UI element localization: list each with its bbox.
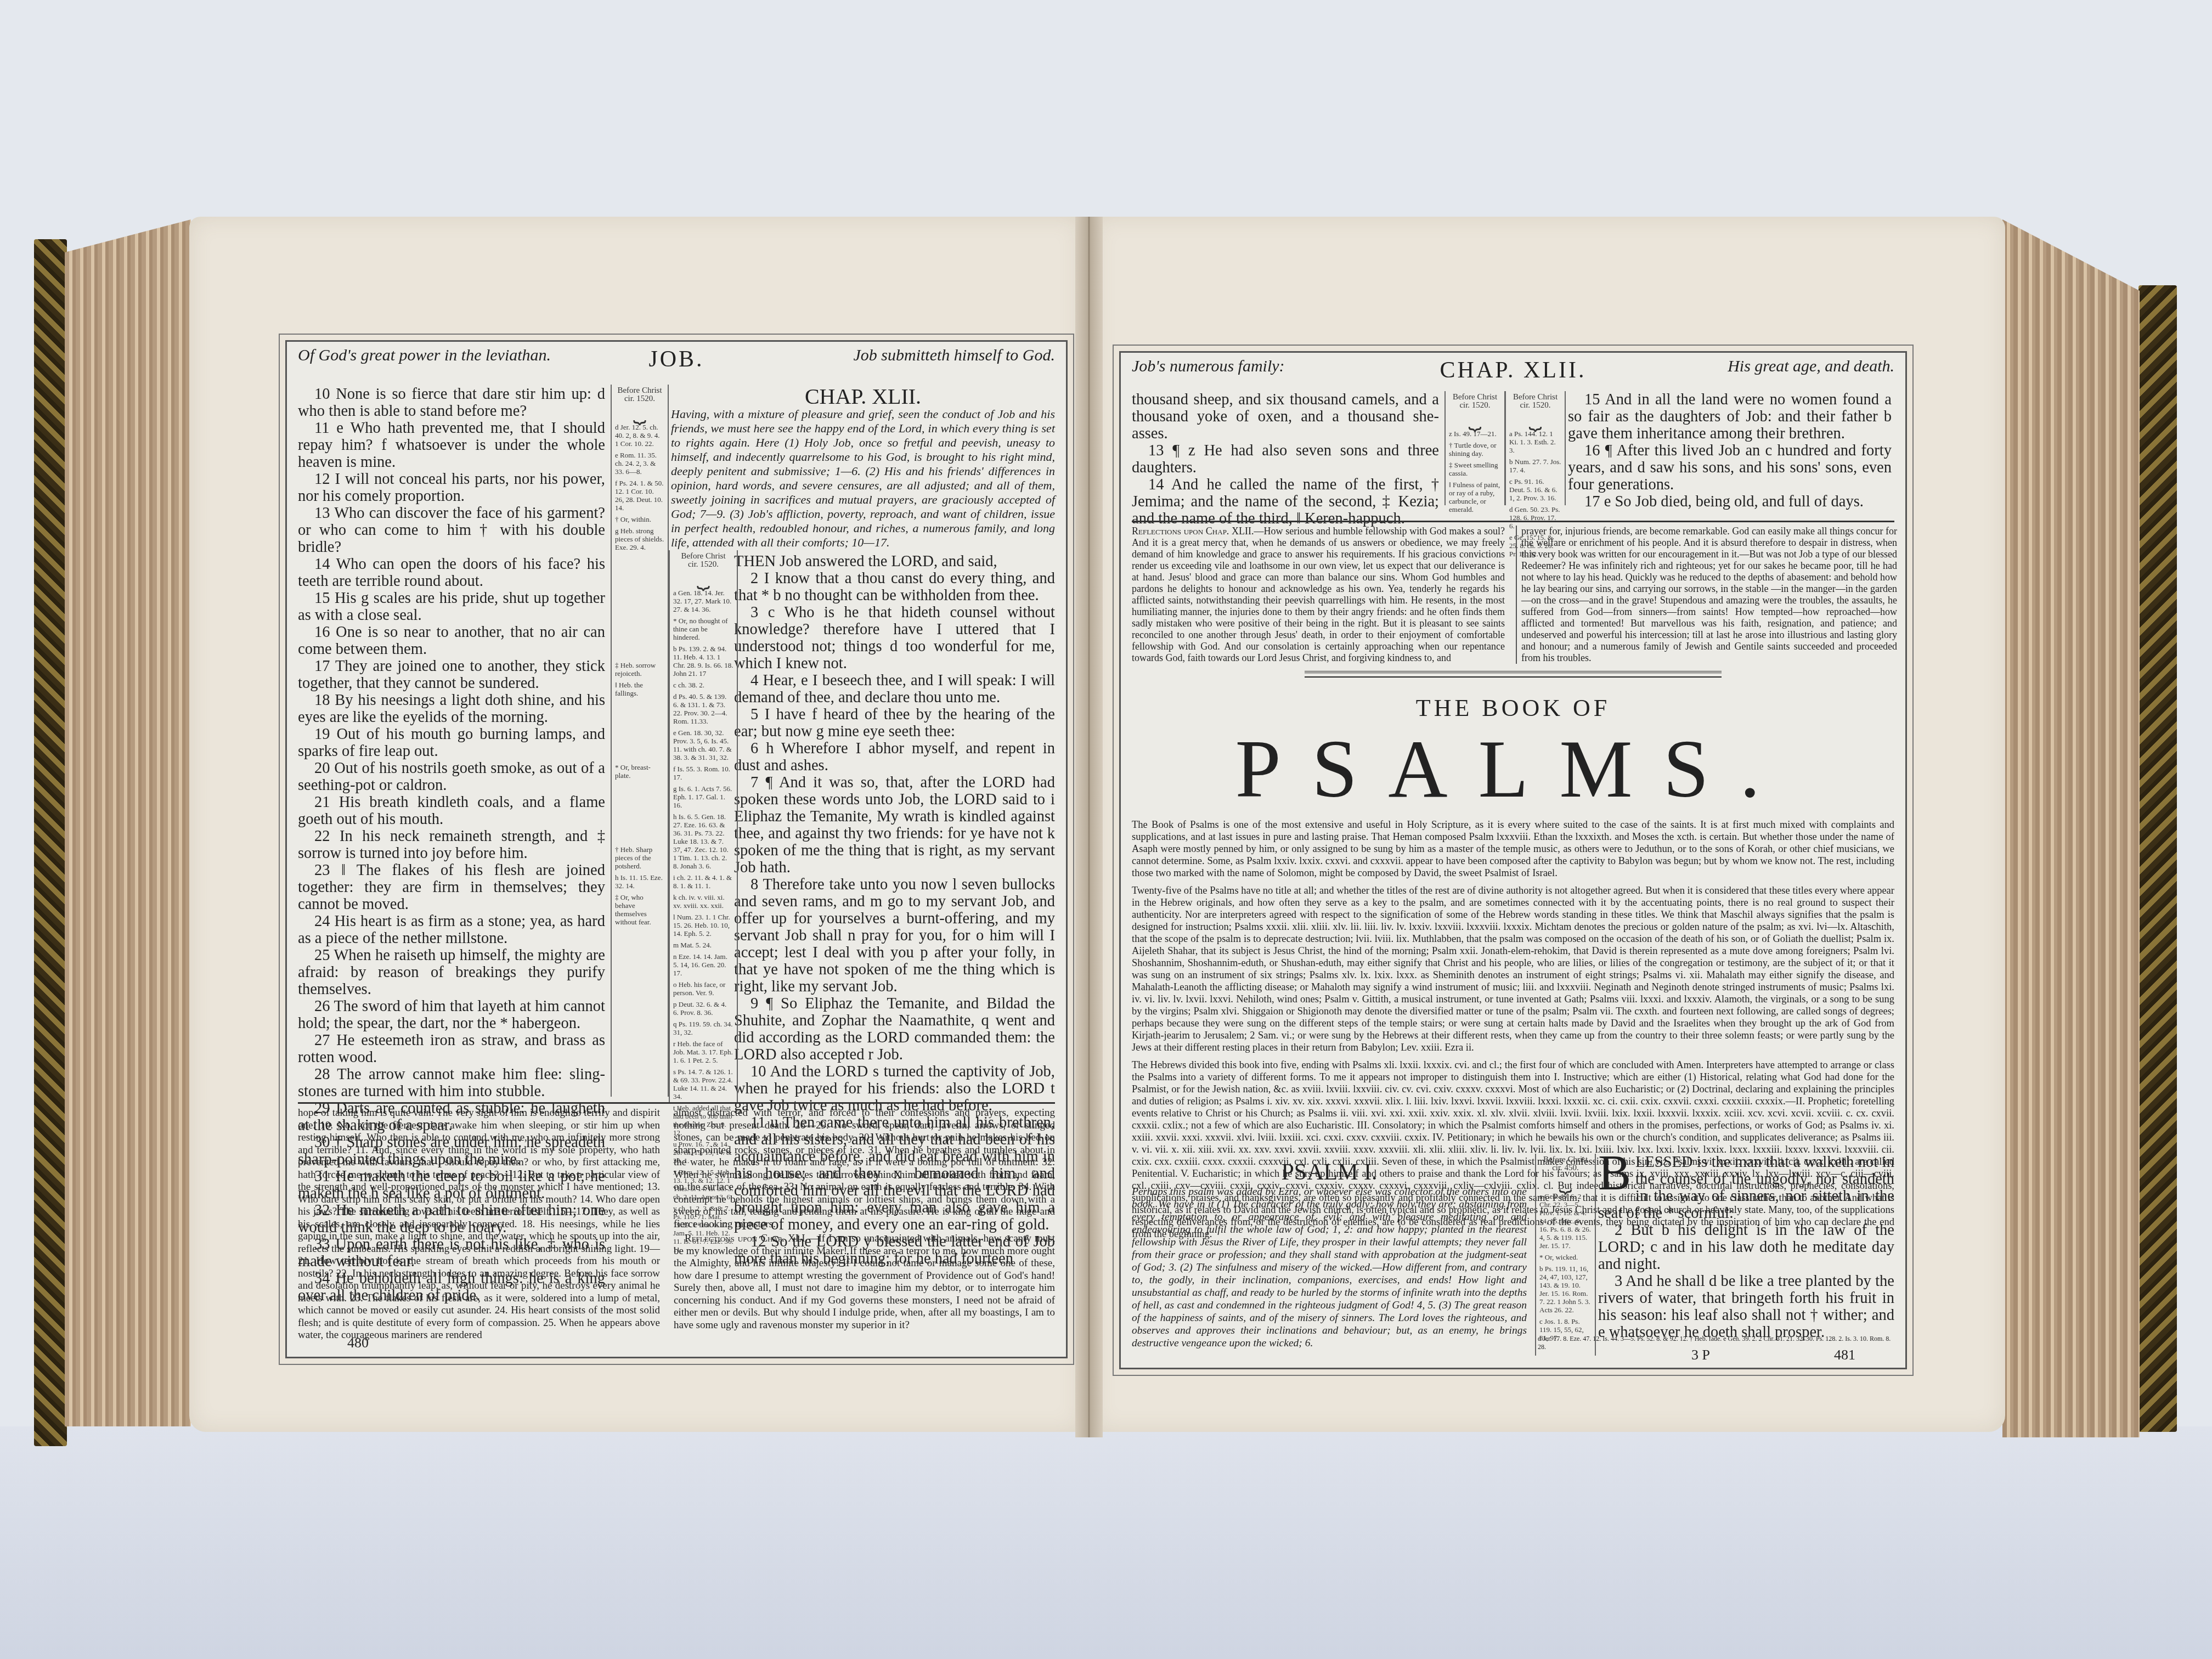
intro-paragraph: The Book of Psalms is one of the most ex… <box>1132 819 1894 879</box>
intro-paragraph: Twenty-five of the Psalms have no title … <box>1132 885 1894 1054</box>
verse: 13 Who can discover the face of his garm… <box>298 505 605 556</box>
page-number: 480 <box>347 1335 369 1351</box>
margin-note: b Ps. 139. 2. & 94. 11. Heb. 4. 13. 1 Ch… <box>673 645 733 678</box>
running-head-right: Job submitteth himself to God. <box>854 346 1055 365</box>
book-title-small: THE BOOK OF <box>1121 694 1905 722</box>
margin-note: g Heb. strong pieces of shields. Exe. 29… <box>615 527 664 551</box>
job-42-end-col1: thousand sheep, and six thousand camels,… <box>1132 391 1439 527</box>
commentary-col2: almost distracted with terror, and force… <box>674 1107 1055 1331</box>
margin-note: ‡ Heb. sorrow rejoiceth. <box>615 661 664 678</box>
verse: THEN Job answered the LORD, and said, <box>734 553 1055 570</box>
margin-note: i ch. 2. 11. & 4. 1. & 8. 1. & 11. 1. <box>673 873 733 890</box>
verse: BLESSED is the man that a walketh not in… <box>1598 1154 1894 1222</box>
margin-note: † Or, within. <box>615 515 664 523</box>
page-edges-right <box>2002 219 2140 1437</box>
right-page-frame: Job's numerous family: CHAP. XLII. His g… <box>1119 351 1907 1369</box>
margin-note: p Deut. 32. 6. & 4. 6. Prov. 8. 36. <box>673 1000 733 1017</box>
chapter-title: CHAP. XLII. <box>671 388 1055 405</box>
job-42-end-col2: 15 And in all the land were no women fou… <box>1568 391 1892 510</box>
verse: 22 In his neck remaineth strength, and ‡… <box>298 828 605 862</box>
margin-note: f Ps. 24. 1. & 50. 12. 1 Cor. 10. 26, 28… <box>615 479 664 512</box>
divider-rule <box>1132 521 1894 522</box>
margin-references-psalm: Before Christ cir. 450. ⏟ a Gen. 49. 6. … <box>1535 1154 1596 1356</box>
margin-note: ‖ Fulness of paint, or ray of a ruby, ca… <box>1449 481 1501 513</box>
page-edges-left <box>65 219 191 1426</box>
book-gutter <box>1075 217 1103 1437</box>
commentary-text: almost distracted with terror, and force… <box>674 1107 1055 1230</box>
verse: 28 The arrow cannot make him flee: sling… <box>298 1066 605 1100</box>
margin-note: m Mat. 5. 24. <box>673 941 733 949</box>
verse: 12 I will not conceal his parts, nor his… <box>298 471 605 505</box>
book-cover-right <box>2138 285 2177 1432</box>
margin-note: e Rom. 11. 35. ch. 24. 2, 3. & 33. 6—8. <box>615 451 664 476</box>
margin-note: l Num. 23. 1. 1 Chr. 15. 26. Heb. 10. 10… <box>673 913 733 938</box>
verse: 9 ¶ So Eliphaz the Temanite, and Bildad … <box>734 995 1055 1063</box>
verse: 25 When he raiseth up himself, the might… <box>298 947 605 998</box>
margin-note: n Eze. 14. 14. Jam. 5. 14, 16. Gen. 20. … <box>673 952 733 977</box>
verse: 16 One is so near to another, that no ai… <box>298 624 605 658</box>
verse-text: LESSED is the man that a walketh not in … <box>1598 1154 1894 1222</box>
left-page-frame: Of God's great power in the leviathan. J… <box>285 340 1068 1358</box>
margin-references-col2: Before Christ cir. 1520. ⏟ a Gen. 18. 14… <box>669 550 738 1103</box>
margin-note: k ch. iv. v. viii. xi. xv. xviii. xx. xx… <box>673 893 733 910</box>
margin-note: * Or, breast-plate. <box>615 763 664 780</box>
running-head: Of God's great power in the leviathan. J… <box>298 346 1055 379</box>
margin-note: a Ps. 144. 12. 1 Ki. 1. 3. Esth. 2. 3. <box>1509 430 1561 454</box>
reflections-text: —If I am so unacquainted with animals, h… <box>674 1233 1055 1331</box>
verse: 16 ¶ After this lived Job an c hundred a… <box>1568 442 1892 493</box>
margin-note: c ch. 38. 2. <box>673 681 733 689</box>
book-title-large: PSALMS. <box>1121 722 1905 816</box>
before-christ-label: Before Christ <box>673 552 733 561</box>
margin-note: g Is. 6. 1. Acts 7. 56. Eph. 1. 17. Gal.… <box>673 785 733 809</box>
margin-note: r Heb. the face of Job. Mat. 3. 17. Eph.… <box>673 1040 733 1064</box>
verse: 20 Out of his nostrils goeth smoke, as o… <box>298 760 605 794</box>
verse: 6 h Wherefore I abhor myself, and repent… <box>734 740 1055 774</box>
margin-note: ‖ Heb. the fallings. <box>615 681 664 697</box>
margin-note: † Turtle dove, or shining day. <box>1449 441 1501 458</box>
verse: 8 Therefore take unto you now l seven bu… <box>734 876 1055 995</box>
psalms-title-block: THE BOOK OF PSALMS. <box>1121 671 1905 816</box>
commentary-text: hope of taking him is quite vain. The ve… <box>298 1107 660 1341</box>
before-christ-label: Before Christ <box>1449 393 1501 402</box>
psalm-heading: PSALM I. <box>1132 1159 1527 1186</box>
verse: 26 The sword of him that layeth at him c… <box>298 998 605 1032</box>
verse: 15 His g scales are his pride, shut up t… <box>298 590 605 624</box>
margin-note: * Or, no thought of thine can be hindere… <box>673 617 733 641</box>
margin-references-a: Before Christ cir. 1520. ⏟ z Is. 49. 17—… <box>1444 391 1505 505</box>
verse: 15 And in all the land were no women fou… <box>1568 391 1892 442</box>
verse: 14 Who can open the doors of his face? h… <box>298 556 605 590</box>
verse-continuation: thousand sheep, and six thousand camels,… <box>1132 391 1439 442</box>
margin-note: † Heb. Sharp pieces of the potsherd. <box>615 845 664 870</box>
running-head-right: His great age, and death. <box>1728 357 1894 376</box>
drop-cap: B <box>1598 1154 1631 1193</box>
running-head: Job's numerous family: CHAP. XLII. His g… <box>1132 357 1894 390</box>
margin-note: b Num. 27. 7. Jos. 17. 4. <box>1509 458 1561 474</box>
margin-note: a Gen. 18. 14. Jer. 32. 17, 27. Mark 10.… <box>673 589 733 613</box>
chapter-summary: Having, with a mixture of pleasure and g… <box>671 407 1055 550</box>
verse: 19 Out of his mouth go burning lamps, an… <box>298 726 605 760</box>
psalm-1-summary-block: PSALM I. Perhaps this psalm was added by… <box>1132 1159 1527 1350</box>
verse: 2 I know that a thou canst do every thin… <box>734 570 1055 604</box>
verse: 23 ‖ The flakes of his flesh are joined … <box>298 862 605 913</box>
verse: 5 I have f heard of thee by the hearing … <box>734 706 1055 740</box>
verse: 27 He esteemeth iron as straw, and brass… <box>298 1032 605 1066</box>
brace-ornament: ⏟ <box>673 569 733 585</box>
brace-ornament: ⏟ <box>1539 1172 1592 1189</box>
margin-note: * Or, wicked. <box>1539 1253 1592 1261</box>
reflections-col2: prayer for, injurious friends, are becom… <box>1516 526 1897 664</box>
psalm-summary: Perhaps this psalm was added by Ezra, or… <box>1132 1186 1527 1350</box>
reflections-label: Reflections upon Chap. XLI. <box>685 1233 808 1244</box>
margin-note: h Is. 6. 5. Gen. 18. 27. Eze. 16. 63. & … <box>673 812 733 870</box>
reflections-text: —How serious and humble fellowship with … <box>1132 526 1505 663</box>
reflections-text: prayer for, injurious friends, are becom… <box>1521 526 1897 663</box>
verse: 14 And he called the name of the first, … <box>1132 476 1439 527</box>
margin-references-col1: Before Christ cir. 1520. ⏟ d Jer. 12. 5.… <box>611 385 669 1097</box>
before-christ-label: Before Christ <box>1539 1156 1592 1164</box>
verse: 2 But b his delight is in the law of the… <box>1598 1222 1894 1273</box>
reflections-col1: Reflections upon Chap. XLII.—How serious… <box>1132 526 1505 664</box>
margin-note: d Jer. 12. 5. ch. 40. 2, 8. & 9. 4. 1 Co… <box>615 423 664 448</box>
margin-note: o Heb. his face, or person. Ver. 9. <box>673 980 733 997</box>
verse: 24 His heart is as firm as a stone; yea,… <box>298 913 605 947</box>
margin-note: ‡ Sweet smelling cassia. <box>1449 461 1501 477</box>
margin-note: e Gen. 18. 30, 32. Prov. 3. 5, 6. Is. 45… <box>673 729 733 761</box>
psalm-1-verses: BLESSED is the man that a walketh not in… <box>1598 1154 1894 1341</box>
before-christ-label: Before Christ <box>615 387 664 395</box>
title-divider <box>1305 671 1722 678</box>
verse: 3 c Who is he that hideth counsel withou… <box>734 604 1055 672</box>
margin-note: z Is. 49. 17—21. <box>1449 430 1501 438</box>
margin-note: a Gen. 49. 6. 2 Chr. 22. 3—5. Prov. 1. 1… <box>1539 1192 1592 1250</box>
margin-note: ‡ Or, who behave themselves without fear… <box>615 893 664 926</box>
divider-rule <box>298 1102 1055 1104</box>
margin-note: f Is. 55. 3. Rom. 10. 17. <box>673 765 733 781</box>
verse: 17 e So Job died, being old, and full of… <box>1568 493 1892 510</box>
margin-note: h Is. 11. 15. Eze. 32. 14. <box>615 873 664 890</box>
margin-note: c Ps. 91. 16. Deut. 5. 16. & 6. 1, 2. Pr… <box>1509 477 1561 502</box>
verse: 21 His breath kindleth coals, and a flam… <box>298 794 605 828</box>
margin-note: q Ps. 119. 59. ch. 34. 31, 32. <box>673 1020 733 1036</box>
verse: 10 None is so fierce that dare stir him … <box>298 386 605 420</box>
brace-ornament: ⏟ <box>615 403 664 420</box>
verse: 3 And he shall d be like a tree planted … <box>1598 1273 1894 1341</box>
page-number: 481 <box>1834 1347 1855 1363</box>
brace-ornament: ⏟ <box>1449 410 1501 426</box>
commentary-col1: hope of taking him is quite vain. The ve… <box>298 1107 660 1342</box>
table-surface <box>0 1426 2212 1659</box>
brace-ornament: ⏟ <box>1509 410 1561 426</box>
verse: 7 ¶ And it was so, that, after the LORD … <box>734 774 1055 876</box>
verse: 11 e Who hath prevented me, that I shoul… <box>298 420 605 471</box>
margin-references-b: Before Christ cir. 1520. ⏟ a Ps. 144. 12… <box>1505 391 1566 505</box>
margin-note: d Ps. 40. 5. & 139. 6. & 131. 1. & 73. 2… <box>673 692 733 725</box>
margin-note: s Ps. 14. 7. & 126. 1. & 69. 33. Prov. 2… <box>673 1068 733 1101</box>
reflections-label: Reflections upon Chap. XLII. <box>1132 526 1254 537</box>
signature-mark: 3 P <box>1691 1347 1710 1363</box>
verse: 13 ¶ z He had also seven sons and three … <box>1132 442 1439 476</box>
book-cover-left <box>34 239 67 1446</box>
before-christ-label: Before Christ <box>1509 393 1561 402</box>
verse: 18 By his neesings a light doth shine, a… <box>298 692 605 726</box>
verse: 17 They are joined one to another, they … <box>298 658 605 692</box>
verse: 4 Hear, e I beseech thee, and I will spe… <box>734 672 1055 706</box>
margin-note: b Ps. 119. 11, 16, 24, 47, 103, 127, 143… <box>1539 1265 1592 1314</box>
